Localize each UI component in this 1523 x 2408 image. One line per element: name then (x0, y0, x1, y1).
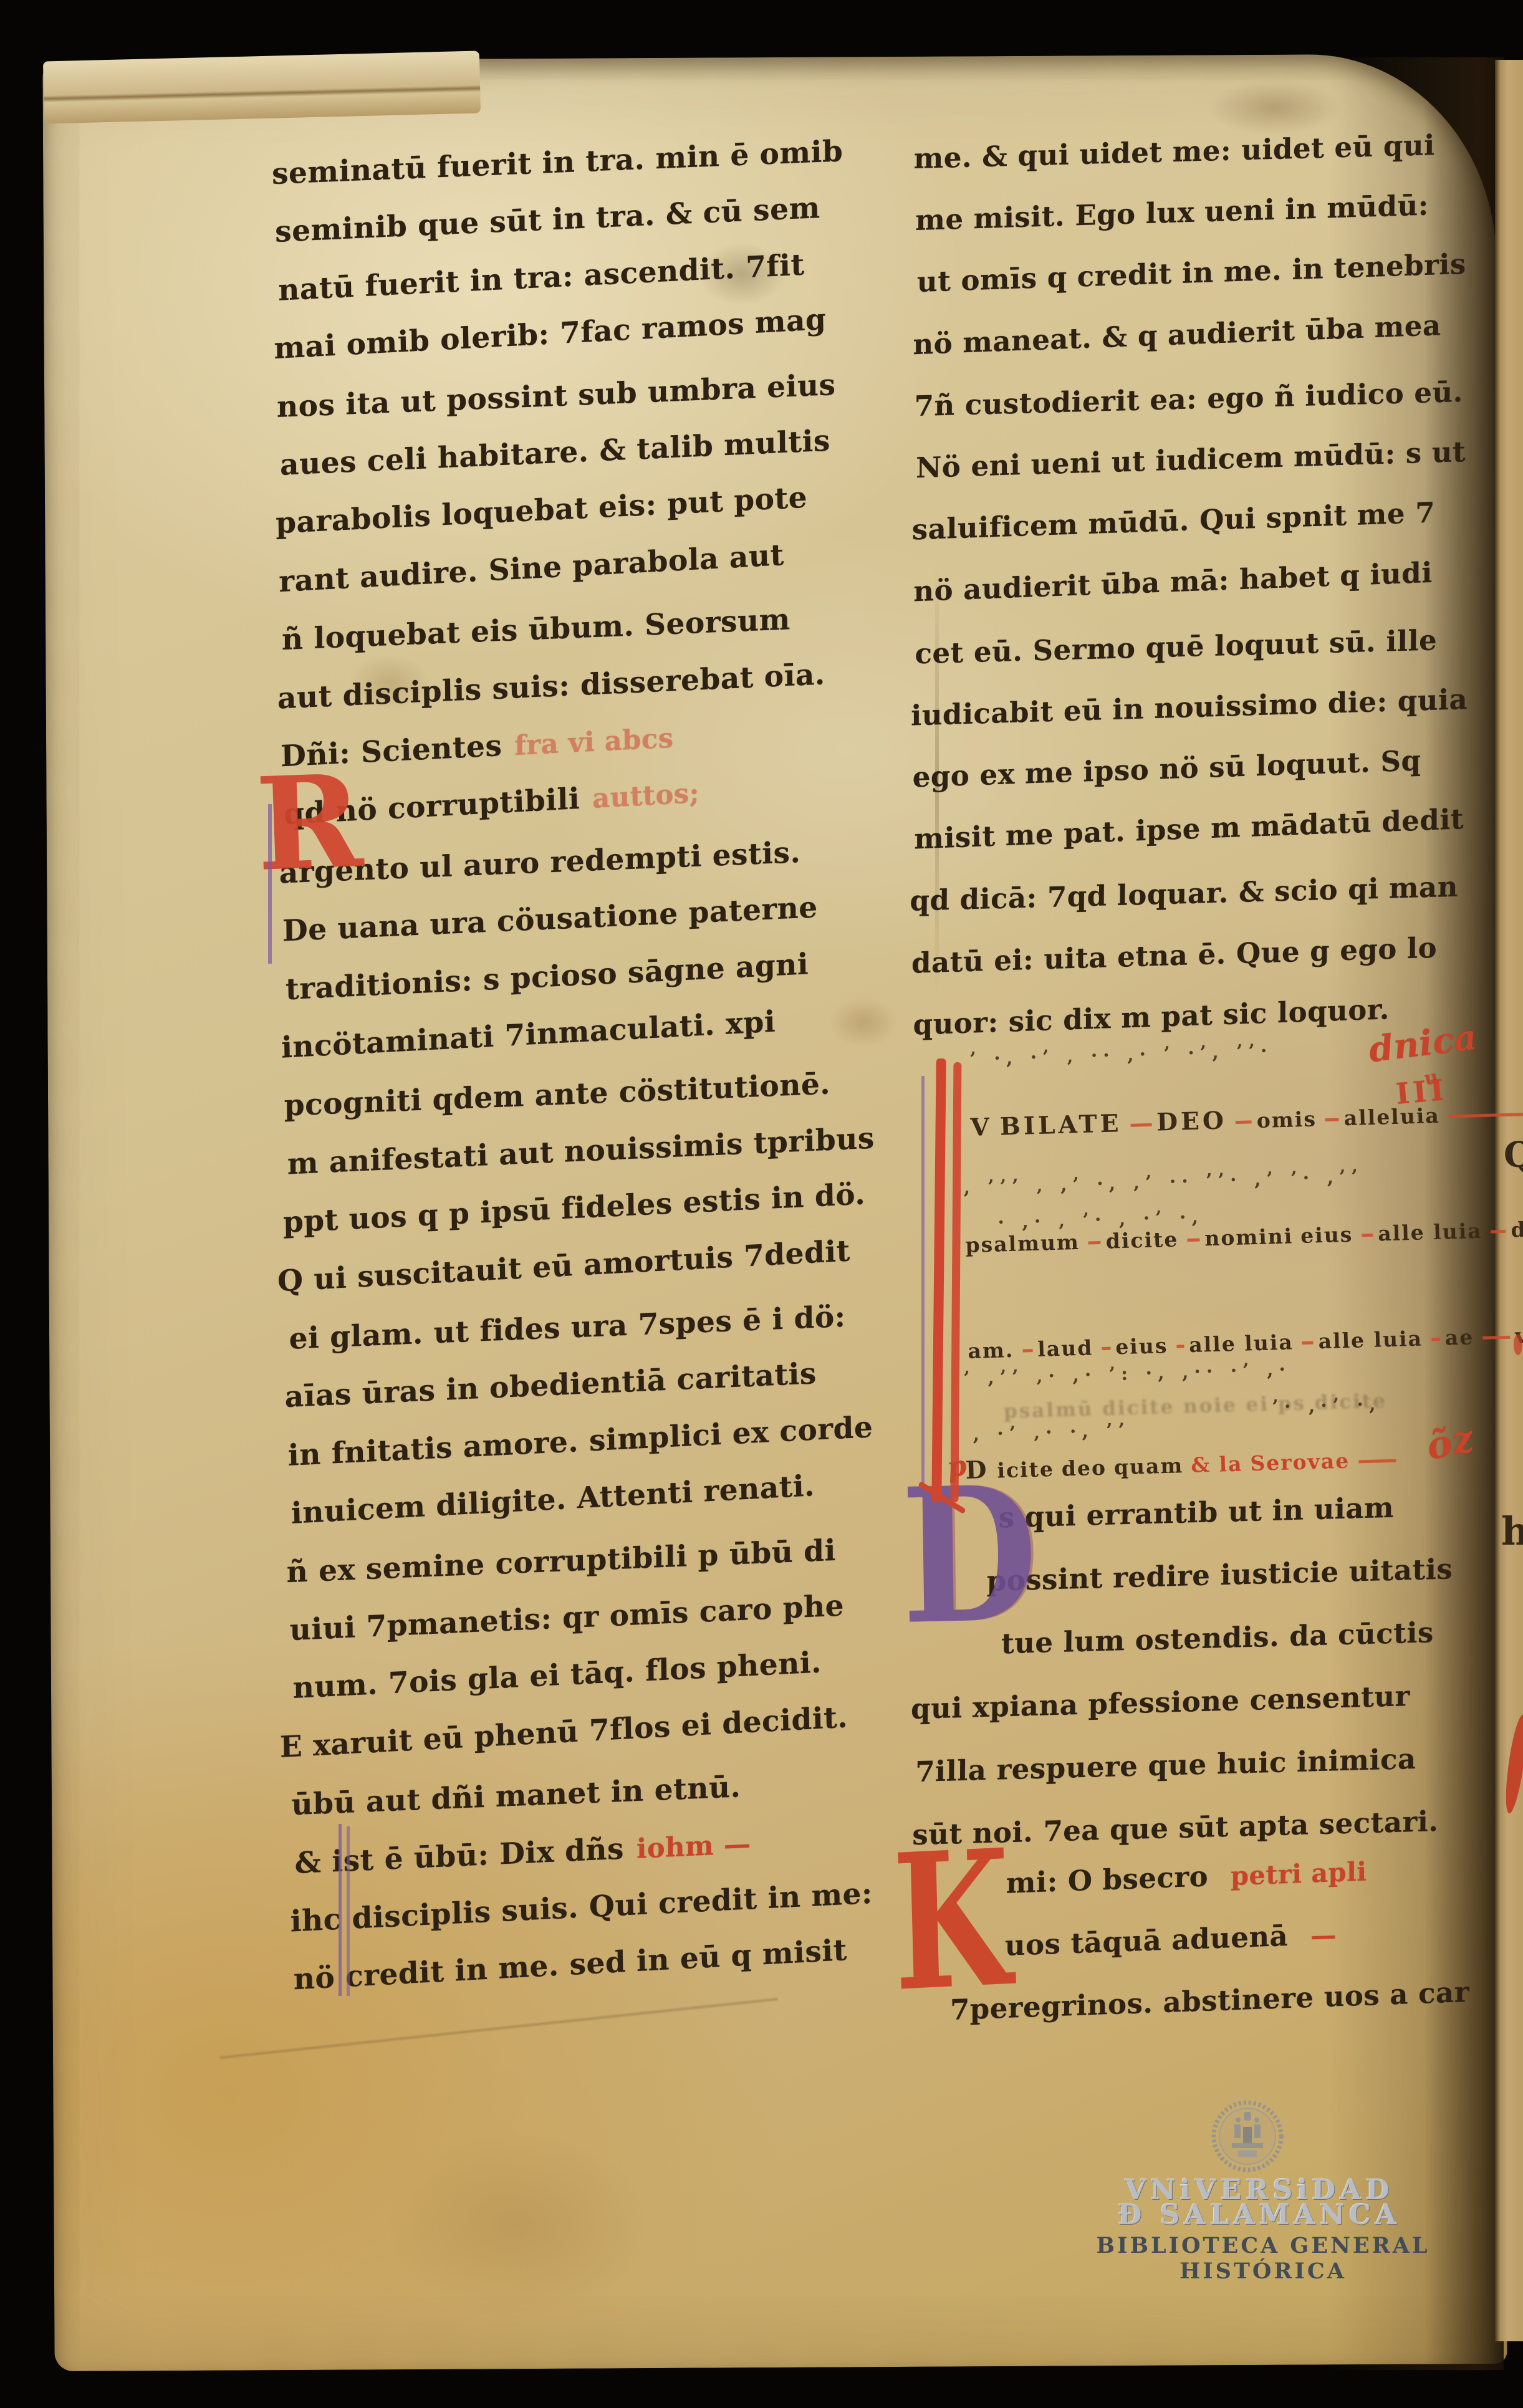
text-line: 7peregrinos. abstinere uos a car (950, 1975, 1479, 2027)
red-extension-line (1431, 1338, 1440, 1341)
initial-flourish-purple (268, 804, 272, 964)
facing-page-red-mark (1514, 1334, 1522, 1355)
red-extension-line (1187, 1238, 1199, 1242)
left-text-column: seminatū fuerit in tra. min ē omibsemini… (272, 128, 933, 2028)
red-extension-line (1102, 1347, 1110, 1350)
right-text-column-gospel: me. & qui uidet me: uidet eū quime misit… (909, 125, 1487, 1078)
text-line: ñ ex semine corruptibili p ūbū di (286, 1533, 836, 1589)
facing-page-sliver (1495, 60, 1523, 2341)
text-line: aut disciplis suis: disserebat oīa. (277, 657, 825, 716)
under-page-top-edge (43, 50, 481, 123)
text-line: ppt uos q p ipsū fideles estis in dö. (283, 1177, 866, 1240)
decorated-initial-D: D (900, 1480, 1039, 1631)
stamp-de-salamanca: Ð SALAMANCA (1097, 2199, 1421, 2231)
text-line: aīas ūras in obedientiā caritatis (285, 1356, 817, 1414)
red-extension-line (1358, 1459, 1396, 1464)
text-line: qui xpiana pfessione censentur (911, 1679, 1410, 1725)
margin-mark-purple (339, 1824, 342, 1996)
red-extension-line (1302, 1341, 1314, 1345)
page-edge-stack (0, 69, 132, 2325)
red-extension-line (1236, 1120, 1252, 1124)
text-line: quor: sic dix m pat sic loquor. (913, 992, 1390, 1041)
text-line: cet eū. Sermo quē loquut sū. ille (915, 623, 1437, 670)
text-line: rant audire. Sine parabola aut (279, 538, 784, 599)
text-line: seminib que sūt in tra. & cū sem (275, 191, 820, 249)
text-line: me misit. Ego lux ueni in mūdū: (915, 189, 1429, 237)
red-extension-line (1362, 1234, 1373, 1237)
text-line: mai omib olerib: 7fac ramos mag (274, 302, 827, 366)
text-line: nö maneat. & q audierit ūba mea (913, 309, 1441, 361)
text-line: inuicem diligite. Attenti renati. (291, 1469, 815, 1531)
red-extension-line (1491, 1230, 1506, 1234)
text-line: nö credit in me. sed in eū q misit (293, 1934, 847, 1997)
text-line: natū fuerit in tra: ascendit. 7fit (278, 247, 805, 307)
text-line: saluificem mūdū. Qui spnit me 7 (912, 496, 1435, 547)
red-extension-line (1325, 1118, 1339, 1121)
manuscript-photo: seminatū fuerit in tra. min ē omibsemini… (0, 0, 1523, 2408)
text-line: ūbū aut dñi manet in etnū. (291, 1770, 741, 1823)
text-line: & ist ē ūbū: Dix dñsiohm — (294, 1826, 751, 1881)
facing-page-letter-h: h (1501, 1509, 1523, 1554)
text-line: tue lum ostendis. da cūctis (1001, 1616, 1434, 1660)
text-line: nos ita ut possint sub umbra eius (277, 368, 836, 425)
text-line: De uana ura cöusatione paterne (282, 890, 818, 948)
text-line: ego ex me ipso nö sū loquut. Sq (913, 744, 1421, 794)
text-line: Q ui suscitauit eū amortuis 7dedit (277, 1234, 851, 1298)
text-line: iudicabit eū in nouissimo die: quia (911, 683, 1468, 732)
text-line: parabolis loquebat eis: put pote (276, 481, 808, 541)
under-page-bottom-edge (65, 2325, 726, 2367)
text-line: ut omīs q credit in me. in tenebris (917, 247, 1466, 299)
text-line: datū ei: uita etna ē. Que g ego lo (911, 931, 1437, 979)
ink-smudge (1209, 81, 1340, 134)
text-line: 7ñ custodierit ea: ego ñ iudico eū. (914, 375, 1463, 423)
text-line: ñ loquebat eis ūbum. Seorsum (282, 602, 790, 657)
red-extension-line (1130, 1123, 1151, 1127)
text-line: ei glam. ut fides ura 7spes ē i dö: (289, 1300, 846, 1356)
red-extension-line (1022, 1349, 1032, 1352)
university-seal-icon (1211, 2099, 1284, 2173)
red-extension-line (1449, 1112, 1523, 1118)
red-extension-line (1482, 1336, 1510, 1340)
facing-page-letter-q: Q (1504, 1134, 1523, 1176)
red-extension-line (1176, 1345, 1184, 1348)
text-line: uiui 7pmanetis: qr omīs caro phe (289, 1589, 844, 1648)
red-extension-line (1088, 1241, 1101, 1245)
text-line: m anifestati aut nouissimis tpribus (287, 1121, 875, 1181)
text-line: 7illa respuere que huic inimica (915, 1742, 1416, 1788)
decorated-initial-K: K (891, 1843, 1012, 1998)
text-line: in fnitatis amore. simplici ex corde (288, 1410, 873, 1473)
text-line: possint redire iusticie uitatis (987, 1552, 1453, 1598)
text-line: ihc disciplis suis. Qui credit in me: (290, 1876, 873, 1939)
neume-row: , ·’ ‚· ·, ’’ (973, 1419, 1131, 1446)
text-line: Nö eni ueni ut iudicem mūdū: s ut (916, 435, 1466, 484)
text-line: pcogniti qdem ante cöstitutionē. (284, 1067, 831, 1123)
text-line: E xaruit eū phenū 7flos ei decidit. (279, 1700, 848, 1765)
text-line: nö audierit ūba mā: habet q iudi (913, 556, 1432, 608)
text-line: qd dicā: 7qd loquar. & scio qi man (910, 870, 1458, 918)
text-line: misit me pat. ipse m mādatū dedit (914, 802, 1464, 855)
text-line: incötaminati 7inmaculati. xpi (281, 1005, 776, 1065)
text-line: aues celi habitare. & talib multis (280, 424, 830, 482)
stamp-library-name: BIBLIOTECA GENERAL HISTÓRICA (1085, 2233, 1441, 2284)
text-line: num. 7ois gla ei tāq. flos pheni. (292, 1646, 822, 1706)
margin-mark-purple (347, 1826, 350, 1996)
text-line: traditionis: s pcioso sāgne agni (286, 947, 809, 1007)
text-line: uos tāquā aduenā— (1005, 1917, 1347, 1962)
initial-i-purple-hairline (921, 1076, 925, 1487)
